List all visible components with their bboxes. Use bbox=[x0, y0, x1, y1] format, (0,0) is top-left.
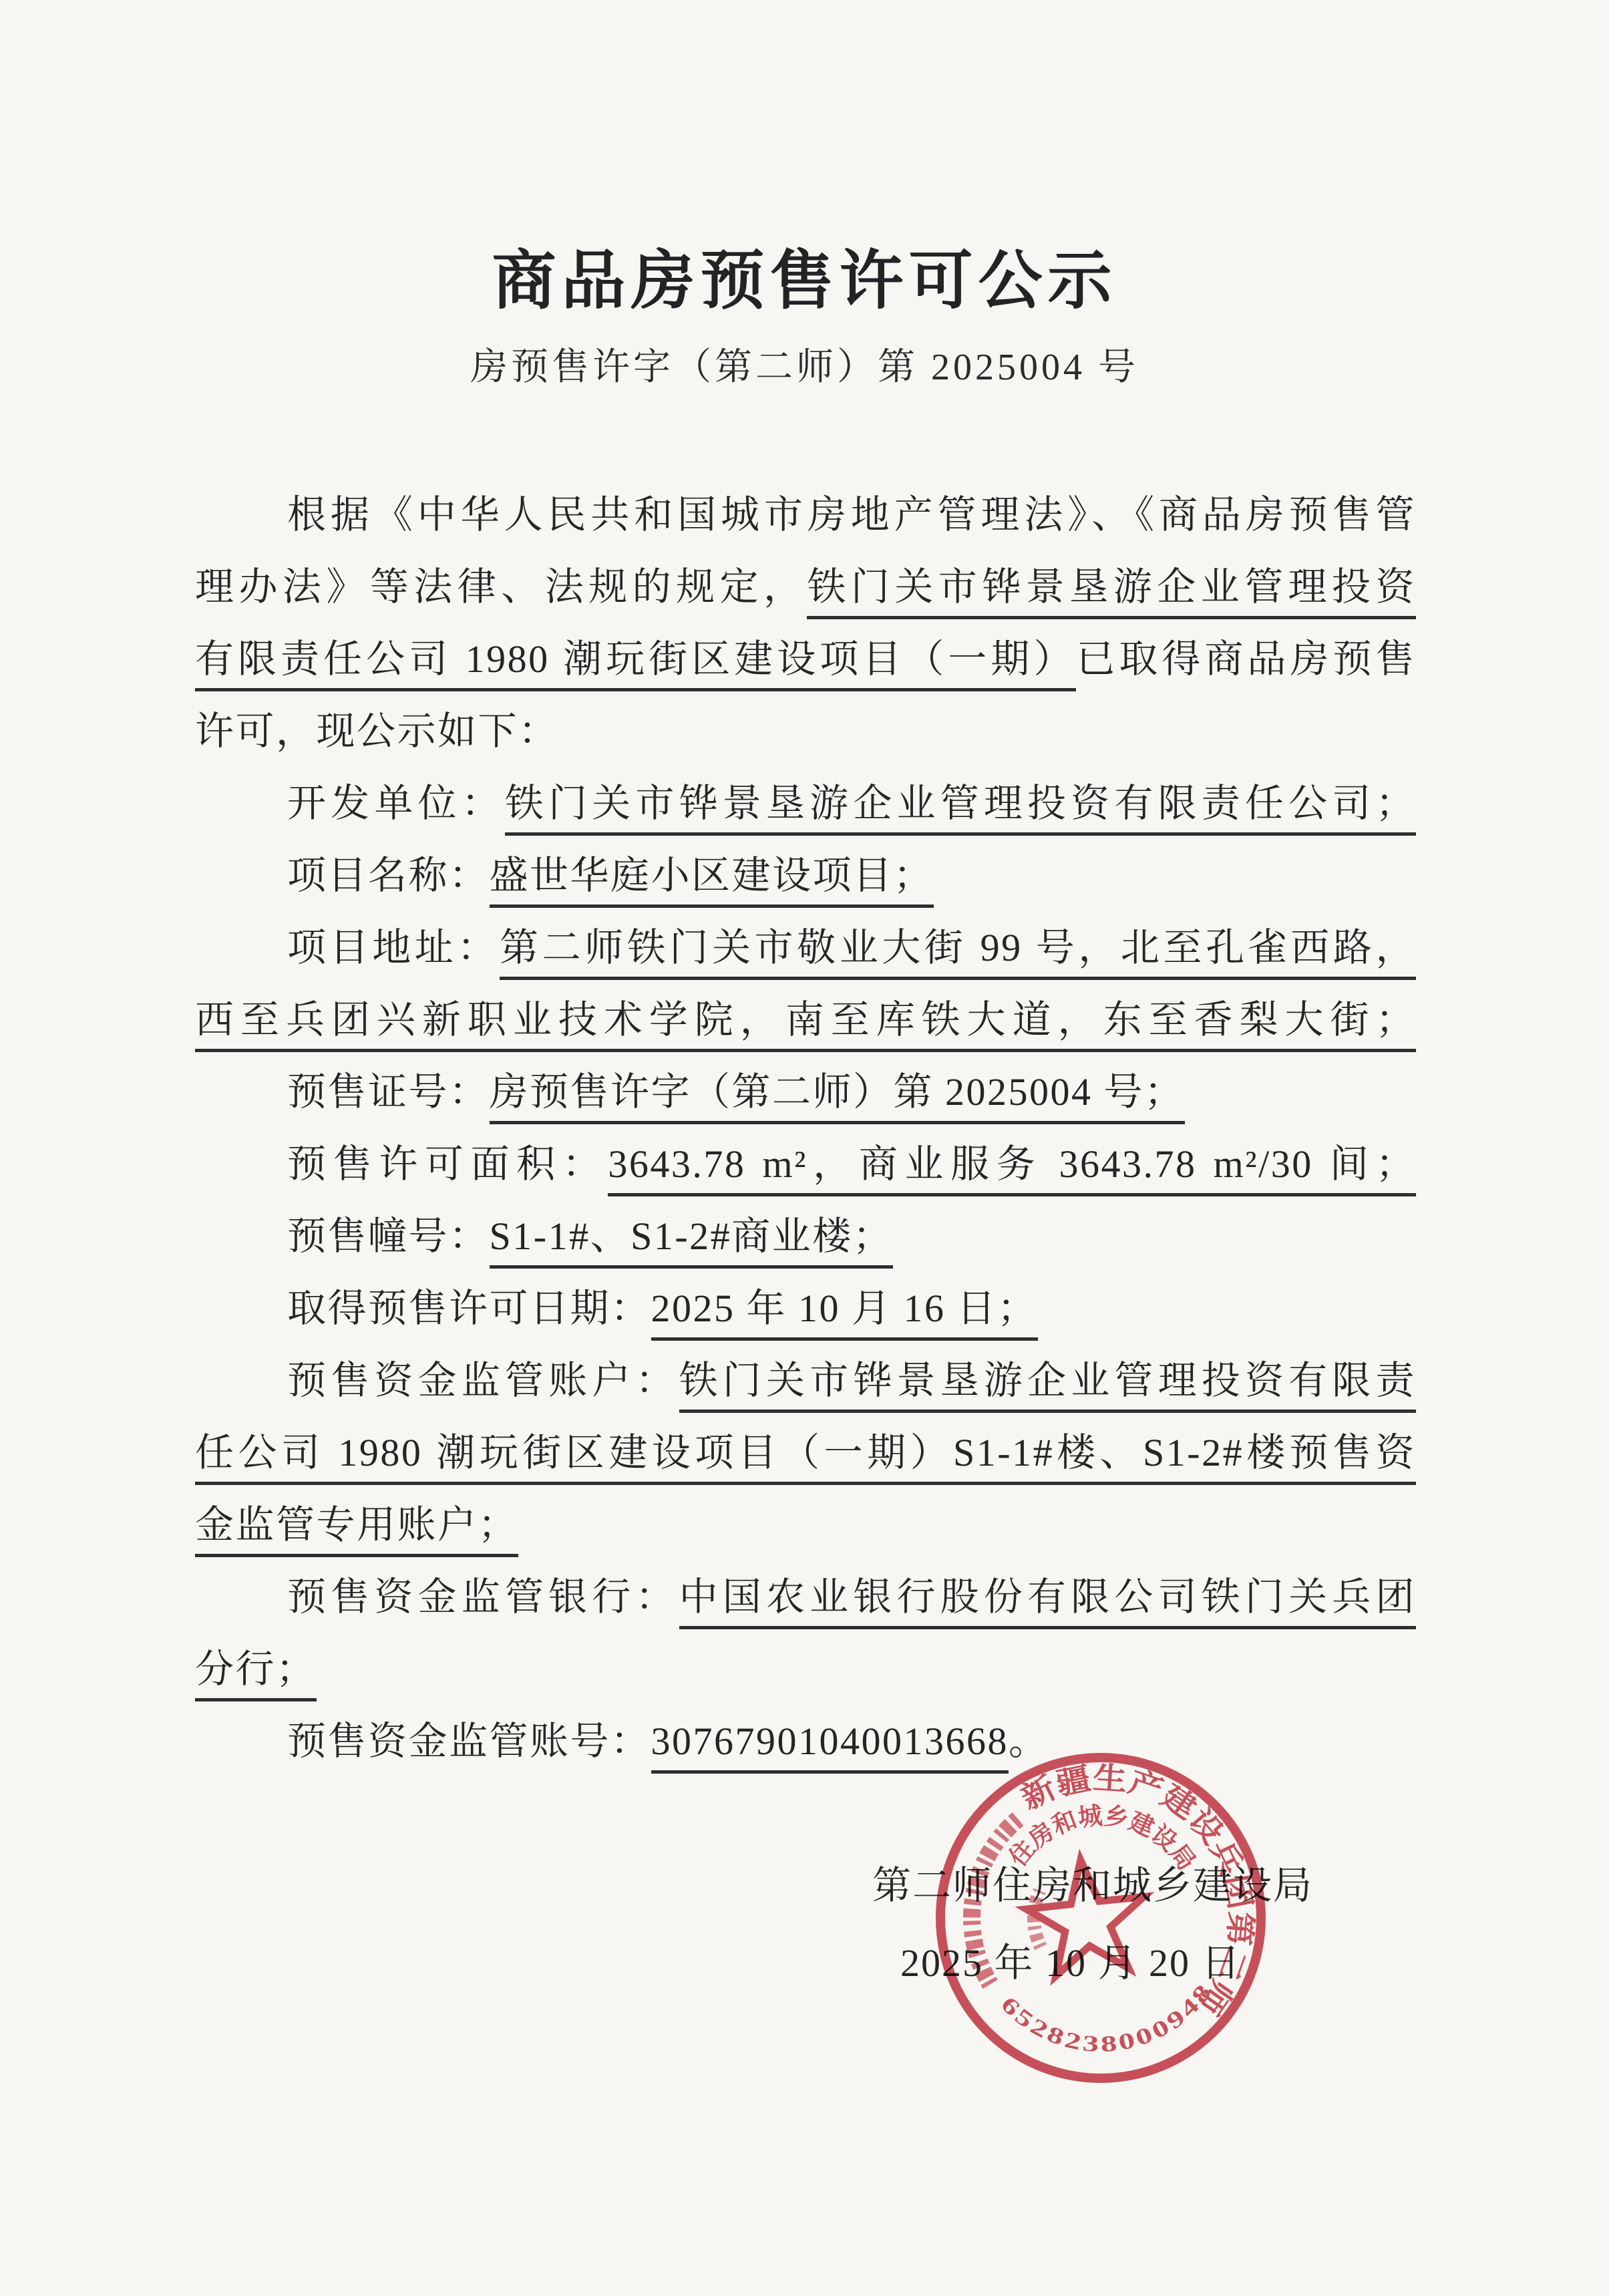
body-line: 西至兵团兴新职业技术学院，南至库铁大道，东至香梨大街； bbox=[195, 984, 1416, 1056]
document-body: 根据《中华人民共和国城市房地产管理法》、《商品房预售管理办法》等法律、法规的规定… bbox=[195, 479, 1416, 1778]
body-line: 分行； bbox=[195, 1633, 1416, 1705]
underlined-text: S1-1#、S1-2#商业楼； bbox=[490, 1214, 894, 1269]
underlined-text: 任公司 1980 潮玩街区建设项目（一期）S1-1#楼、S1-2#楼预售资 bbox=[195, 1431, 1416, 1485]
underlined-text: 盛世华庭小区建设项目； bbox=[490, 854, 934, 908]
body-line: 取得预售许可日期：2025 年 10 月 16 日； bbox=[195, 1273, 1416, 1345]
text-run: 项目地址： bbox=[287, 926, 500, 969]
underlined-text: 中国农业银行股份有限公司铁门关兵团 bbox=[679, 1575, 1416, 1629]
underlined-text: 2025 年 10 月 16 日； bbox=[651, 1287, 1038, 1341]
text-run: 预售资金监管账号： bbox=[287, 1719, 651, 1763]
document-title: 商品房预售许可公示 bbox=[0, 244, 1609, 318]
body-line: 预售许可面积：3643.78 m²，商业服务 3643.78 m²/30 间； bbox=[195, 1128, 1416, 1200]
underlined-text: 铁门关市铧景垦游企业管理投资 bbox=[807, 565, 1416, 619]
body-line: 预售资金监管账户：铁门关市铧景垦游企业管理投资有限责 bbox=[195, 1345, 1416, 1417]
body-line: 金监管专用账户； bbox=[195, 1489, 1416, 1561]
text-run: 预售幢号： bbox=[287, 1214, 490, 1258]
text-run: 预售资金监管账户： bbox=[287, 1359, 679, 1402]
body-line: 预售幢号：S1-1#、S1-2#商业楼； bbox=[195, 1200, 1416, 1273]
text-run: 预售资金监管银行： bbox=[287, 1575, 679, 1619]
body-line: 有限责任公司 1980 潮玩街区建设项目（一期）已取得商品房预售 bbox=[195, 623, 1416, 695]
body-line: 许可，现公示如下： bbox=[195, 695, 1416, 768]
body-line: 根据《中华人民共和国城市房地产管理法》、《商品房预售管 bbox=[195, 479, 1416, 551]
text-run: 预售证号： bbox=[287, 1070, 490, 1114]
seal-outer-arc-text: 新疆生产建设兵团第二师 bbox=[1014, 1745, 1269, 2039]
text-run: 许可，现公示如下： bbox=[195, 709, 559, 753]
underlined-text: 铁门关市铧景垦游企业管理投资有限责 bbox=[679, 1359, 1416, 1413]
underlined-text: 金监管专用账户； bbox=[195, 1503, 518, 1557]
underlined-text: 分行； bbox=[195, 1647, 317, 1701]
underlined-text: 第二师铁门关市敬业大街 99 号，北至孔雀西路， bbox=[500, 926, 1416, 980]
text-run: 取得预售许可日期： bbox=[287, 1287, 651, 1330]
text-run: 理办法》等法律、法规的规定， bbox=[195, 565, 807, 609]
official-seal: 新疆生产建设兵团第二师 住房和城乡建设局 6528238000948 bbox=[907, 1726, 1294, 2113]
document-number: 房预售许字（第二师）第 2025004 号 bbox=[0, 344, 1609, 391]
seal-star-icon bbox=[1022, 1854, 1151, 1978]
body-line: 预售资金监管银行：中国农业银行股份有限公司铁门关兵团 bbox=[195, 1561, 1416, 1633]
body-line: 预售证号：房预售许字（第二师）第 2025004 号； bbox=[195, 1056, 1416, 1128]
text-run: 开发单位： bbox=[287, 782, 505, 825]
body-line: 项目地址：第二师铁门关市敬业大街 99 号，北至孔雀西路， bbox=[195, 912, 1416, 984]
text-run: 预售许可面积： bbox=[287, 1142, 608, 1186]
text-run: 项目名称： bbox=[287, 854, 490, 897]
underlined-text: 3643.78 m²，商业服务 3643.78 m²/30 间； bbox=[608, 1142, 1416, 1196]
text-run: 根据《中华人民共和国城市房地产管理法》、《商品房预售管 bbox=[287, 493, 1416, 536]
underlined-text: 西至兵团兴新职业技术学院，南至库铁大道，东至香梨大街； bbox=[195, 998, 1416, 1052]
body-line: 项目名称：盛世华庭小区建设项目； bbox=[195, 840, 1416, 912]
body-line: 开发单位：铁门关市铧景垦游企业管理投资有限责任公司； bbox=[195, 768, 1416, 840]
text-run: 已取得商品房预售 bbox=[1076, 637, 1416, 681]
underlined-text: 有限责任公司 1980 潮玩街区建设项目（一期） bbox=[195, 637, 1076, 691]
underlined-text: 房预售许字（第二师）第 2025004 号； bbox=[490, 1070, 1185, 1124]
body-line: 理办法》等法律、法规的规定，铁门关市铧景垦游企业管理投资 bbox=[195, 551, 1416, 623]
document-page: 商品房预售许可公示 房预售许字（第二师）第 2025004 号 根据《中华人民共… bbox=[0, 0, 1609, 2296]
body-line: 任公司 1980 潮玩街区建设项目（一期）S1-1#楼、S1-2#楼预售资 bbox=[195, 1417, 1416, 1489]
underlined-text: 铁门关市铧景垦游企业管理投资有限责任公司； bbox=[505, 782, 1416, 836]
